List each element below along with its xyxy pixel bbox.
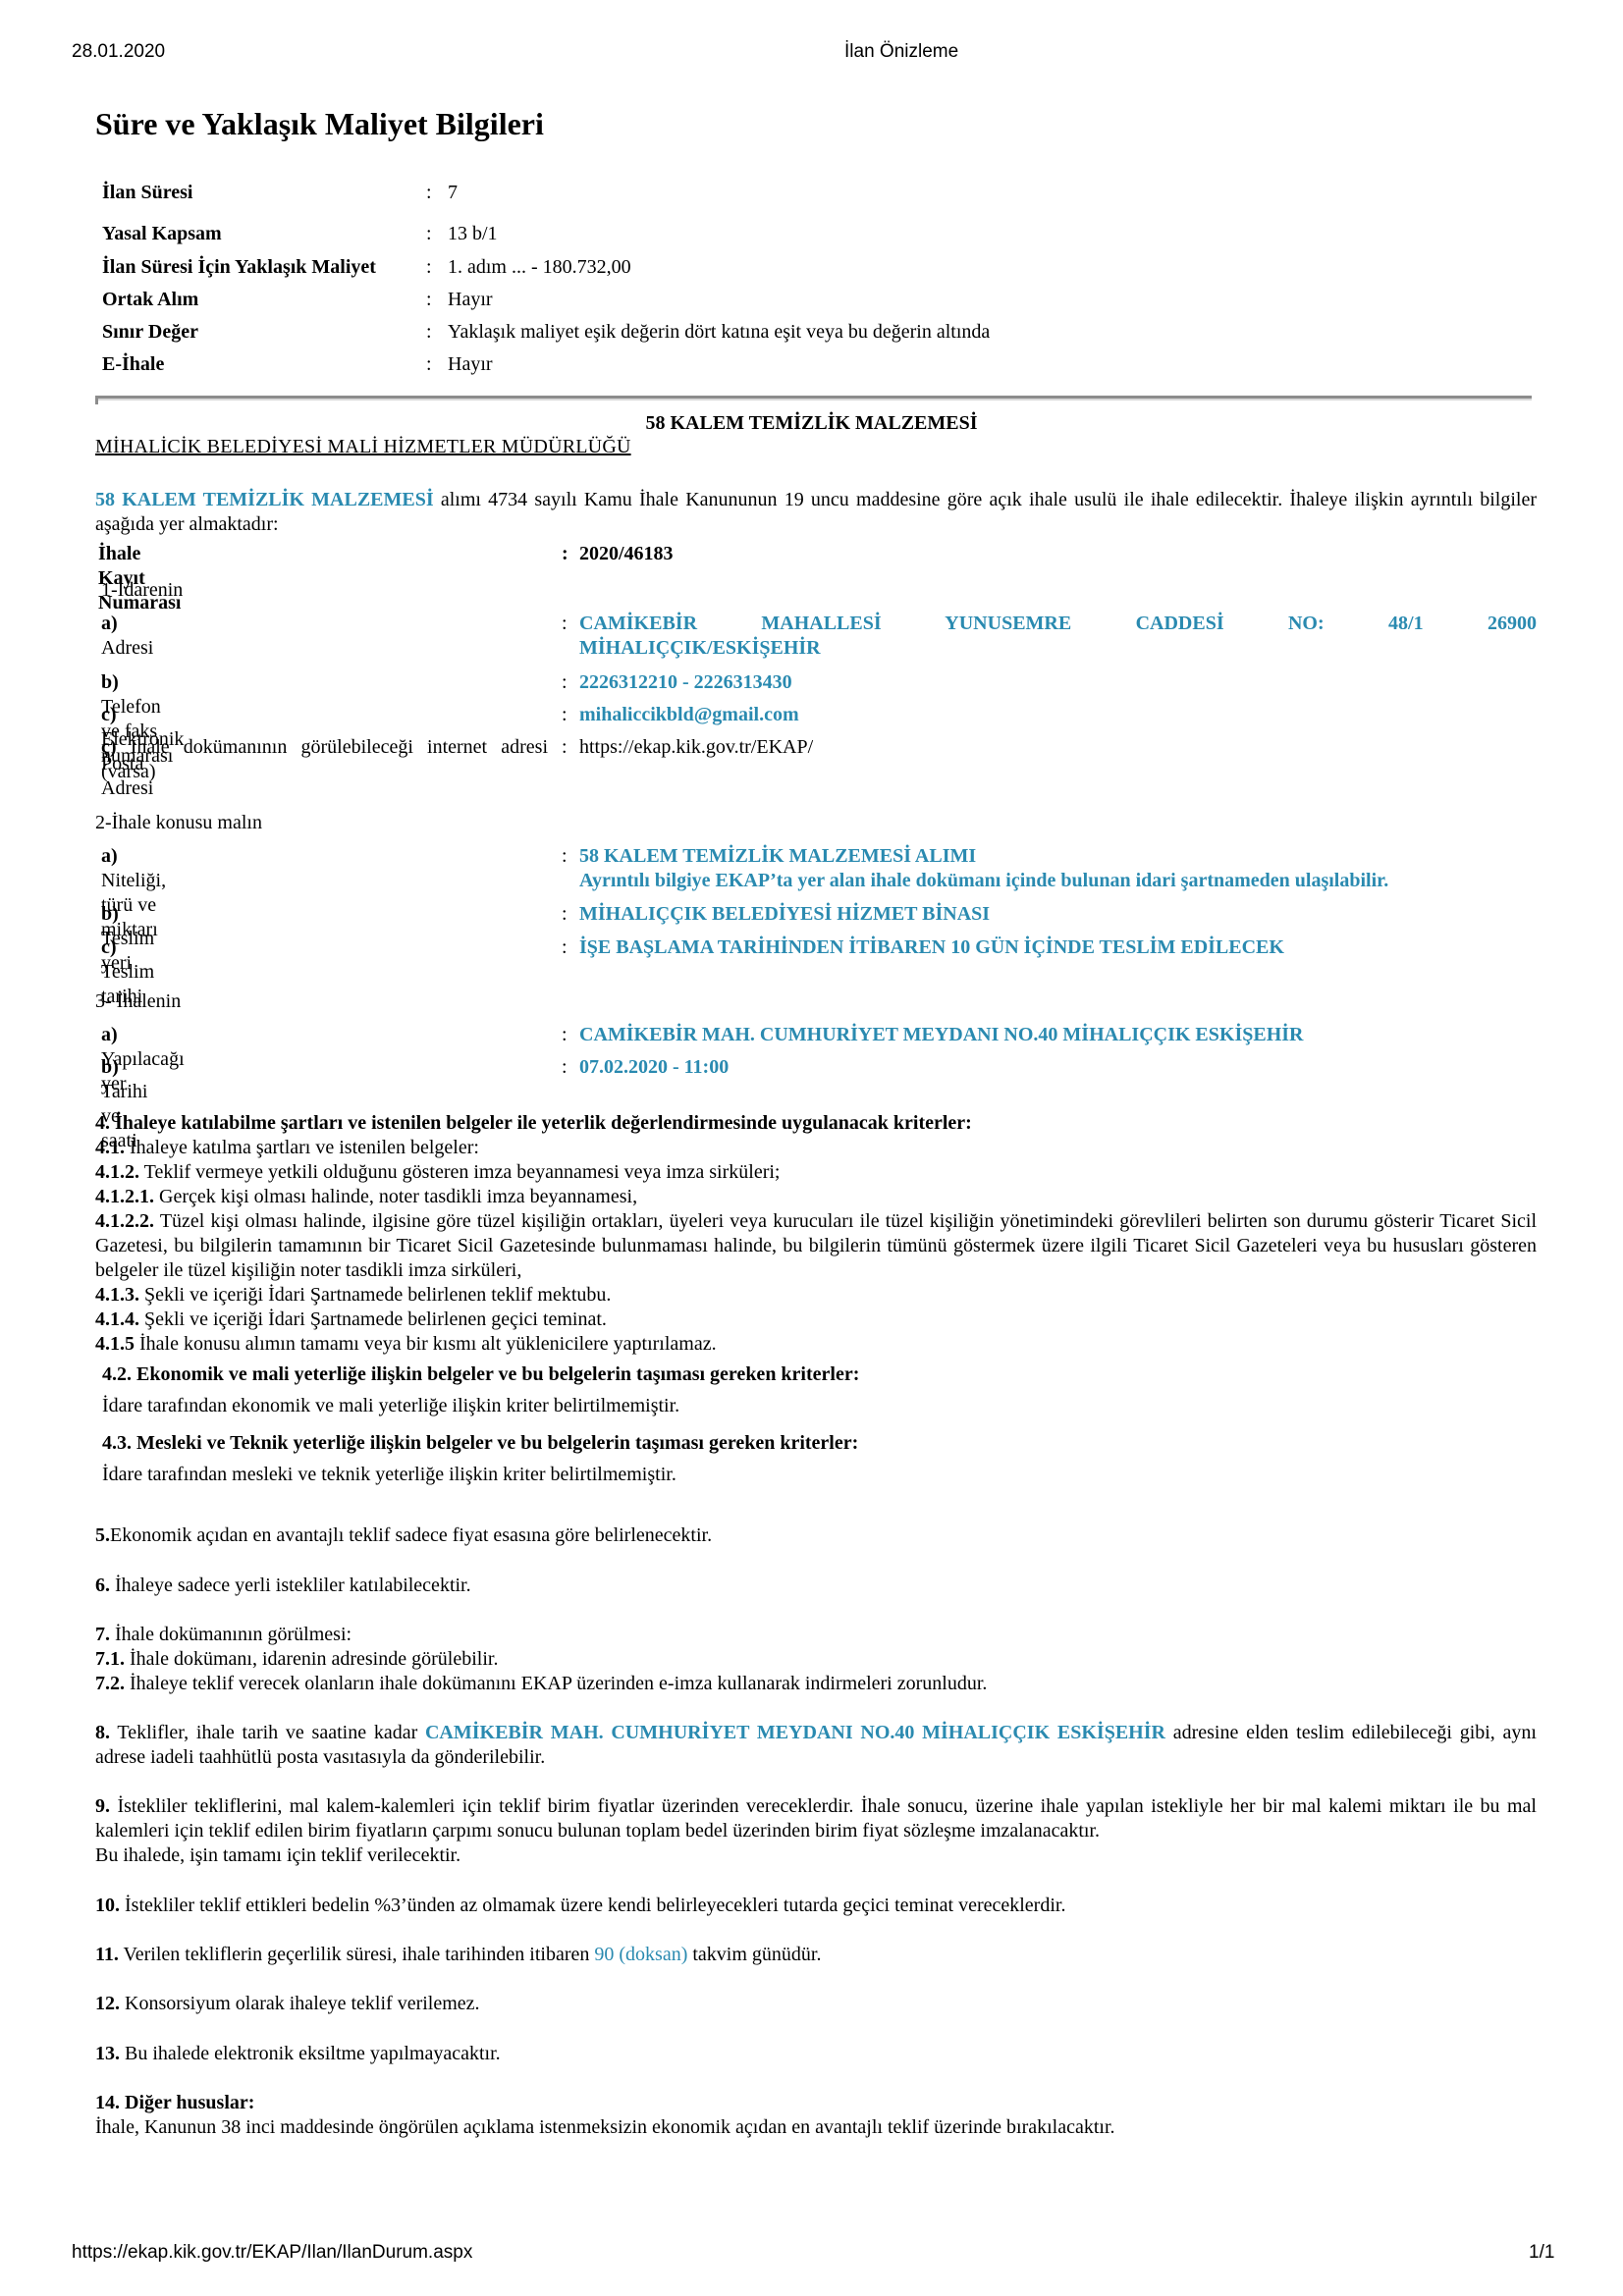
- item-prefix: b): [101, 1056, 119, 1078]
- print-page-number: 1/1: [1529, 2242, 1554, 2264]
- summary-label: Ortak Alım: [102, 289, 198, 311]
- colon: :: [426, 256, 432, 279]
- colon: :: [426, 289, 432, 311]
- print-url: https://ekap.kik.gov.tr/EKAP/Ilan/IlanDu…: [72, 2242, 472, 2264]
- section42-heading: 4.2. Ekonomik ve mali yeterliğe ilişkin …: [102, 1362, 1543, 1387]
- print-date: 28.01.2020: [72, 41, 165, 63]
- section9: 9. İstekliler tekliflerini, mal kalem-ka…: [95, 1794, 1537, 1868]
- summary-heading: Süre ve Yaklaşık Maliyet Bilgileri: [95, 106, 544, 142]
- nature-value: 58 KALEM TEMİZLİK MALZEMESİ ALIMI Ayrınt…: [579, 844, 1388, 893]
- intro-highlight: 58 KALEM TEMİZLİK MALZEMESİ: [95, 489, 434, 510]
- section42-text: İdare tarafından ekonomik ve mali yeterl…: [102, 1394, 1543, 1418]
- section4-item: 4.1.4. Şekli ve içeriği İdari Şartnamede…: [95, 1308, 1537, 1332]
- address-value: CAMİKEBİR MAHALLESİ YUNUSEMRE CADDESİ NO…: [579, 612, 1537, 661]
- section14-heading: 14. Diğer hususlar:: [95, 2091, 1537, 2115]
- section12: 12. Konsorsiyum olarak ihaleye teklif ve…: [95, 1992, 1537, 2016]
- address-label: Adresi: [101, 637, 153, 659]
- section4-items: 4.1. İhaleye katılma şartları ve istenil…: [95, 1136, 1537, 1357]
- section43-text: İdare tarafından mesleki ve teknik yeter…: [102, 1463, 1543, 1487]
- notice-title: 58 KALEM TEMİZLİK MALZEMESİ: [0, 412, 1623, 435]
- delivery-date-value: İŞE BAŞLAMA TARİHİNDEN İTİBAREN 10 GÜN İ…: [579, 935, 1284, 960]
- section1-title: 1-İdarenin: [101, 579, 183, 602]
- item-prefix: c): [101, 704, 117, 725]
- colon: :: [562, 735, 568, 760]
- section6: 6. İhaleye sadece yerli istekliler katıl…: [95, 1574, 1537, 1598]
- summary-value: 1. adım ... - 180.732,00: [448, 256, 631, 279]
- summary-label: Yasal Kapsam: [102, 223, 222, 245]
- item-prefix: a): [101, 1024, 118, 1045]
- section10: 10. İstekliler teklif ettikleri bedelin …: [95, 1894, 1537, 1918]
- section4-item: 4.1.3. Şekli ve içeriği İdari Şartnamede…: [95, 1283, 1537, 1308]
- registry-value: 2020/46183: [579, 542, 674, 566]
- colon: :: [562, 1055, 568, 1080]
- tender-datetime-value: 07.02.2020 - 11:00: [579, 1055, 729, 1080]
- section43-heading: 4.3. Mesleki ve Teknik yeterliğe ilişkin…: [102, 1431, 1543, 1456]
- section4-item: 4.1.2. Teklif vermeye yetkili olduğunu g…: [95, 1160, 1537, 1185]
- item-prefix: c): [101, 936, 117, 958]
- section14-text: İhale, Kanunun 38 inci maddesinde öngörü…: [95, 2115, 1537, 2140]
- colon: :: [562, 542, 568, 566]
- colon: :: [562, 1023, 568, 1047]
- colon: :: [426, 223, 432, 245]
- phone-value: 2226312210 - 2226313430: [579, 670, 792, 695]
- administration-name: MİHALİCİK BELEDİYESİ MALİ HİZMETLER MÜDÜ…: [95, 436, 631, 458]
- summary-value: Hayır: [448, 353, 493, 376]
- colon: :: [562, 844, 568, 869]
- section4-item: 4.1.5 İhale konusu alımın tamamı veya bi…: [95, 1332, 1537, 1357]
- section4-item: 4.1.2.2. Tüzel kişi olması halinde, ilgi…: [95, 1209, 1537, 1283]
- summary-value: Hayır: [448, 289, 493, 311]
- section11: 11. Verilen tekliflerin geçerlilik süres…: [95, 1943, 1537, 1967]
- colon: :: [426, 353, 432, 376]
- section3-title: 3- İhalenin: [95, 990, 181, 1013]
- summary-label: Sınır Değer: [102, 321, 198, 344]
- website-link[interactable]: https://ekap.kik.gov.tr/EKAP/: [579, 735, 813, 760]
- summary-value: Yaklaşık maliyet eşik değerin dört katın…: [448, 321, 990, 344]
- email-link[interactable]: mihaliccikbld@gmail.com: [579, 703, 799, 727]
- colon: :: [562, 935, 568, 960]
- summary-value: 13 b/1: [448, 223, 498, 245]
- summary-label: E-İhale: [102, 353, 164, 376]
- colon: :: [562, 670, 568, 695]
- tender-place-value: CAMİKEBİR MAH. CUMHURİYET MEYDANI NO.40 …: [579, 1023, 1303, 1047]
- delivery-place-value: MİHALIÇÇIK BELEDİYESİ HİZMET BİNASI: [579, 902, 990, 927]
- section4-item: 4.1. İhaleye katılma şartları ve istenil…: [95, 1136, 1537, 1160]
- colon: :: [426, 321, 432, 344]
- divider-tick: [95, 396, 98, 404]
- section8: 8. Teklifler, ihale tarih ve saatine kad…: [95, 1721, 1537, 1770]
- item-prefix: b): [101, 903, 119, 925]
- section7: 7. İhale dokümanının görülmesi: 7.1. İha…: [95, 1623, 1537, 1696]
- section14: 14. Diğer hususlar: İhale, Kanunun 38 in…: [95, 2091, 1537, 2140]
- summary-label: İlan Süresi İçin Yaklaşık Maliyet: [102, 256, 376, 279]
- intro-paragraph: 58 KALEM TEMİZLİK MALZEMESİ alımı 4734 s…: [95, 488, 1537, 537]
- validity-period-highlight: 90 (doksan): [594, 1944, 687, 1965]
- section-divider: [95, 396, 1532, 400]
- print-title: İlan Önizleme: [844, 41, 958, 63]
- colon: :: [562, 612, 568, 636]
- section8-address-highlight: CAMİKEBİR MAH. CUMHURİYET MEYDANI NO.40 …: [425, 1722, 1165, 1743]
- website-label: İhale dokümanının görülebileceği interne…: [101, 736, 548, 782]
- colon: :: [562, 703, 568, 727]
- section5: 5.Ekonomik açıdan en avantajlı teklif sa…: [95, 1523, 1537, 1548]
- colon: :: [426, 182, 432, 204]
- item-prefix: a): [101, 845, 118, 867]
- item-prefix: a): [101, 613, 118, 634]
- section13: 13. Bu ihalede elektronik eksiltme yapıl…: [95, 2042, 1537, 2066]
- section4-heading: 4. İhaleye katılabilme şartları ve isten…: [95, 1111, 1537, 1136]
- summary-value: 7: [448, 182, 458, 204]
- colon: :: [562, 902, 568, 927]
- summary-label: İlan Süresi: [102, 182, 192, 204]
- item-prefix: ç): [101, 736, 117, 758]
- section2-title: 2-İhale konusu malın: [95, 812, 262, 834]
- item-prefix: b): [101, 671, 119, 693]
- section4-item: 4.1.2.1. Gerçek kişi olması halinde, not…: [95, 1185, 1537, 1209]
